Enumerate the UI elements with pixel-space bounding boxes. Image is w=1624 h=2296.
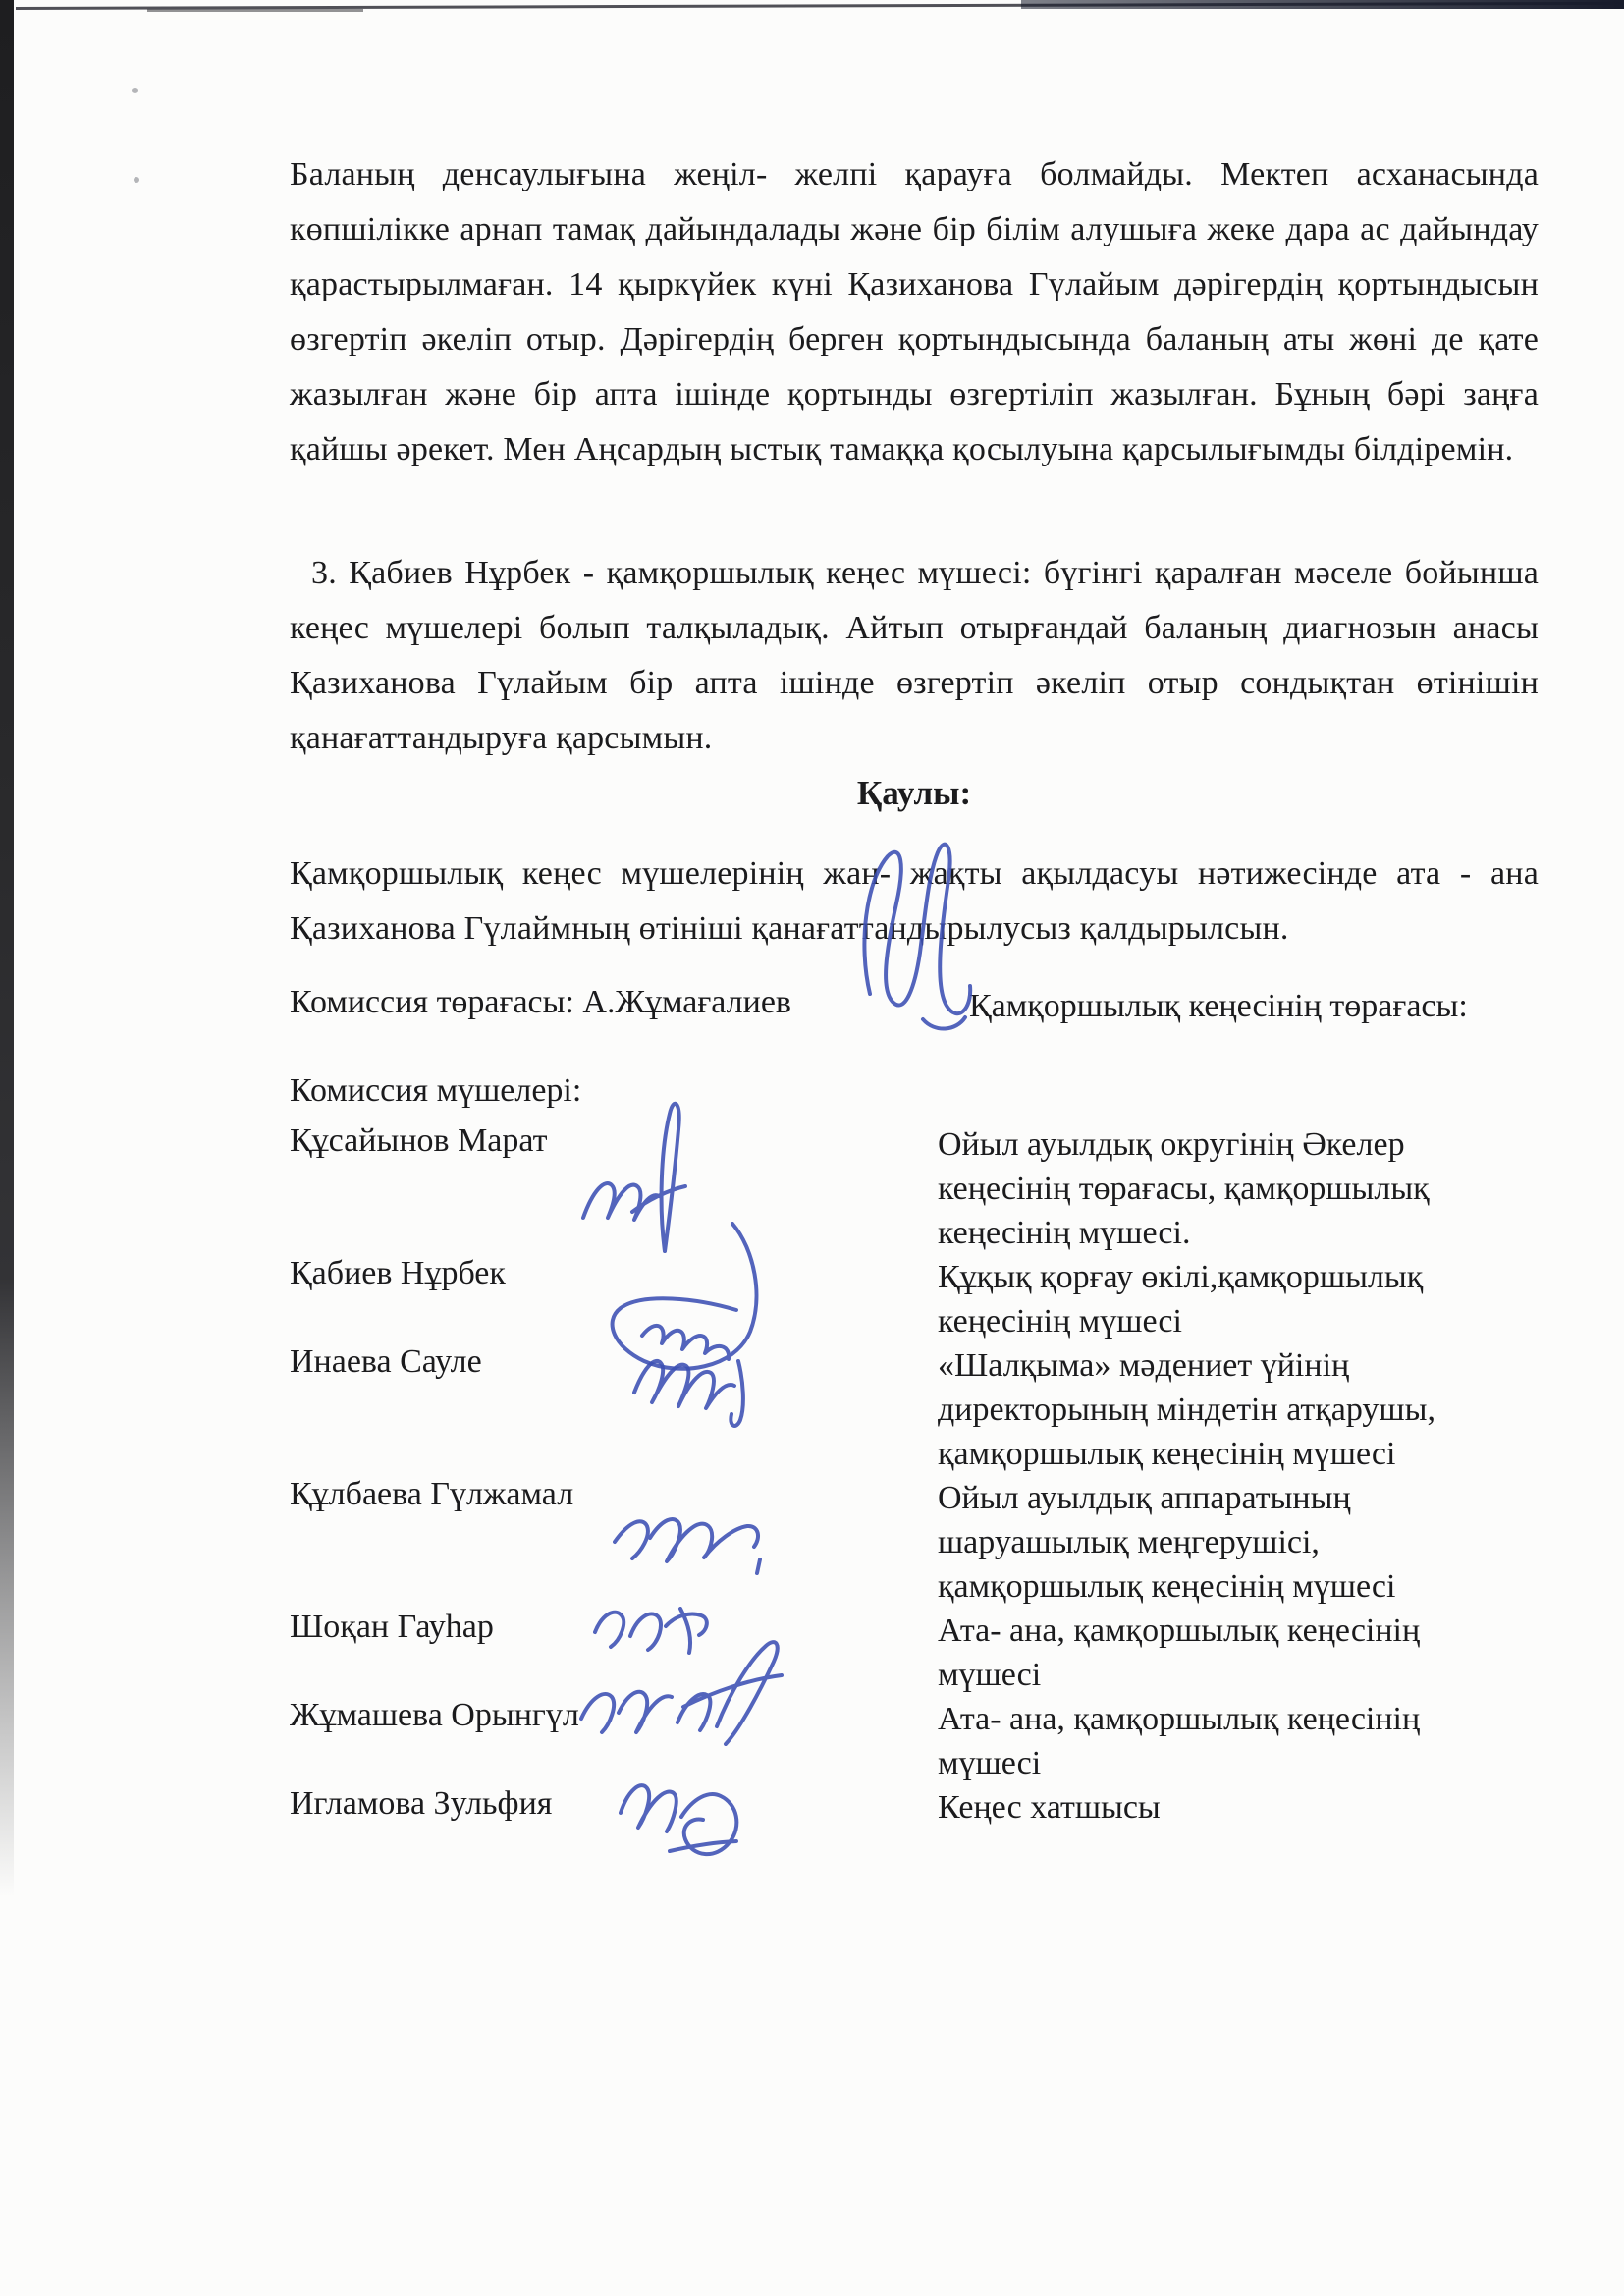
member-role: Кеңес хатшысы [938, 1785, 1488, 1830]
signature-inayeva [621, 1320, 778, 1428]
member-role: Ойыл ауылдық округінің Әкелер кеңесінің … [938, 1122, 1488, 1255]
scan-edge-artifact-top-right [1021, 0, 1624, 9]
paragraph-mother-objection: Баланың денсаулығына жеңіл- желпі қарауғ… [290, 147, 1539, 477]
member-name: Игламова Зульфия [290, 1785, 552, 1823]
member-name: Қабиев Нұрбек [290, 1255, 506, 1292]
member-name: Инаева Сауле [290, 1343, 482, 1381]
commission-members-label: Комиссия мүшелері: [290, 1072, 581, 1110]
paper-speck [134, 177, 139, 183]
member-name: Құсайынов Марат [290, 1122, 547, 1160]
paragraph-council-member-opinion: 3. Қабиев Нұрбек - қамқоршылық кеңес мүш… [290, 546, 1539, 766]
scan-edge-artifact-top-left-tick [147, 9, 363, 12]
signature-iglamova [601, 1740, 778, 1858]
scan-edge-artifact-left [0, 0, 14, 2062]
council-chairman-label: Қамқоршылық кеңесінің төрағасы: [969, 988, 1468, 1025]
member-role: Құқық қорғау өкілі,қамқоршылық кеңесінің… [938, 1255, 1488, 1343]
member-role: Ата- ана, қамқоршылық кеңесінің мүшесі [938, 1609, 1488, 1697]
member-name: Шоқан Гауһар [290, 1609, 494, 1646]
member-role: Ойыл ауылдық аппаратының шаруашылық меңг… [938, 1476, 1488, 1609]
signature-kulbayeva [601, 1467, 778, 1575]
decision-heading: Қаулы: [290, 774, 1539, 813]
member-role: «Шалқыма» мәдениет үйінің директорының м… [938, 1343, 1488, 1476]
signature-chairman [837, 837, 984, 1043]
member-role: Ата- ана, қамқоршылық кеңесінің мүшесі [938, 1697, 1488, 1785]
member-name: Жұмашева Орынгүл [290, 1697, 579, 1734]
commission-chairman-label: Комиссия төрағасы: А.Жұмағалиев [290, 984, 791, 1021]
member-name: Құлбаева Гүлжамал [290, 1476, 573, 1513]
scanned-document-page: Баланың денсаулығына жеңіл- желпі қарауғ… [0, 0, 1624, 2296]
paper-speck [132, 88, 138, 93]
